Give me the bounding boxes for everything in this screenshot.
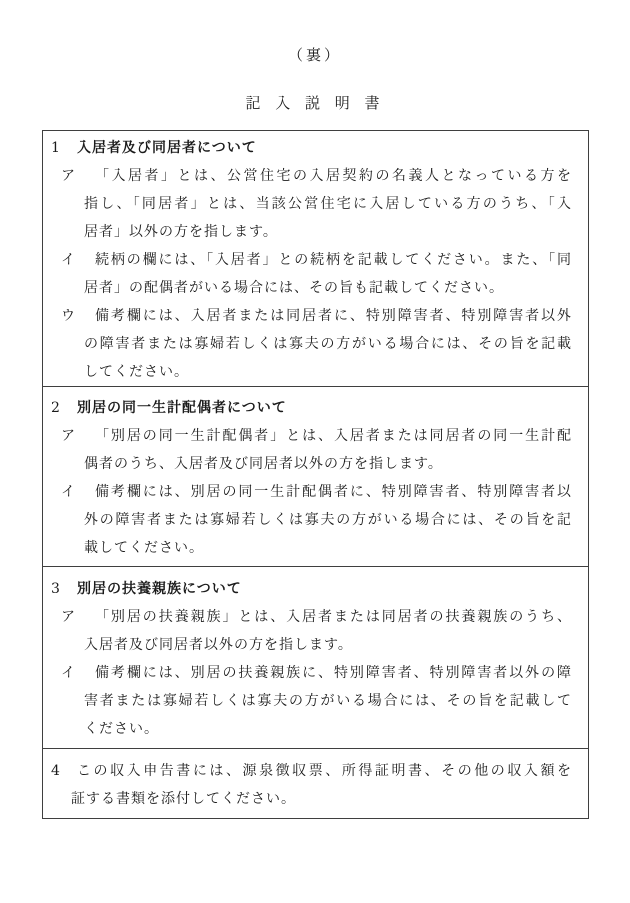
section-4-line-1: 4 この収入申告書には、源泉徴収票、所得証明書、その他の収入額を (43, 757, 588, 785)
line-text: の障害者または寡婦若しくは寡夫の方がいる場合には、その旨を記載 (84, 336, 572, 352)
section-1-heading: 1 入居者及び同居者について (43, 134, 588, 162)
section-4-number: 4 (51, 757, 61, 785)
section-2: 2 別居の同一生計配偶者について ア 「別居の同一生計配偶者」とは、入居者または… (43, 386, 588, 566)
section-2-item-i-line-1: イ 備考欄には、別居の同一生計配偶者に、特別障害者、特別障害者以 (43, 478, 588, 506)
section-4: 4 この収入申告書には、源泉徴収票、所得証明書、その他の収入額を 証する書類を添… (43, 748, 588, 818)
section-3-item-i-line-2: 害者または寡婦若しくは寡夫の方がいる場合には、その旨を記載して (43, 687, 588, 715)
section-2-item-i-line-2: 外の障害者または寡婦若しくは寡夫の方がいる場合には、その旨を記 (43, 506, 588, 534)
line-text: 「入居者」とは、公営住宅の入居契約の名義人となっている方を (95, 168, 572, 184)
item-marker-u: ウ (61, 302, 76, 330)
line-text: 証する書類を添付してください。 (71, 791, 296, 807)
item-marker-a: ア (61, 162, 76, 190)
page-side-label: （裏） (0, 44, 630, 65)
item-marker-a: ア (61, 603, 76, 631)
line-text: 居者」以外の方を指します。 (84, 224, 278, 240)
line-text: 偶者のうち、入居者及び同居者以外の方を指します。 (84, 456, 443, 472)
line-text: してください。 (84, 364, 189, 380)
page-title: 記 入 説 明 書 (0, 92, 630, 113)
section-1-number: 1 (51, 134, 61, 162)
line-text: 入居者及び同居者以外の方を指します。 (84, 637, 353, 653)
section-3-heading: 3 別居の扶養親族について (43, 575, 588, 603)
section-3-heading-text: 別居の扶養親族について (77, 581, 242, 597)
instructions-box: 1 入居者及び同居者について ア 「入居者」とは、公営住宅の入居契約の名義人とな… (42, 130, 589, 819)
line-text: ください。 (84, 721, 159, 737)
section-4-line-2: 証する書類を添付してください。 (43, 785, 588, 813)
section-2-heading: 2 別居の同一生計配偶者について (43, 394, 588, 422)
line-text: 居者」の配偶者がいる場合には、その旨も記載してください。 (84, 280, 504, 296)
item-marker-i: イ (61, 246, 76, 274)
section-3-item-a-line-2: 入居者及び同居者以外の方を指します。 (43, 631, 588, 659)
section-3-item-a-line-1: ア 「別居の扶養親族」とは、入居者または同居者の扶養親族のうち、 (43, 603, 588, 631)
line-text: 害者または寡婦若しくは寡夫の方がいる場合には、その旨を記載して (84, 693, 572, 709)
line-text: 続柄の欄には、「入居者」との続柄を記載してください。また、「同 (95, 252, 572, 268)
section-3: 3 別居の扶養親族について ア 「別居の扶養親族」とは、入居者または同居者の扶養… (43, 566, 588, 748)
section-2-number: 2 (51, 394, 61, 422)
line-text: 備考欄には、入居者または同居者に、特別障害者、特別障害者以外 (95, 308, 572, 324)
line-text: 指し、「同居者」とは、当該公営住宅に入居している方のうち、「入 (84, 196, 572, 212)
section-2-item-a-line-2: 偶者のうち、入居者及び同居者以外の方を指します。 (43, 450, 588, 478)
line-text: この収入申告書には、源泉徴収票、所得証明書、その他の収入額を (77, 763, 572, 779)
section-1-item-a-line-2: 指し、「同居者」とは、当該公営住宅に入居している方のうち、「入 (43, 190, 588, 218)
section-1: 1 入居者及び同居者について ア 「入居者」とは、公営住宅の入居契約の名義人とな… (43, 131, 588, 386)
instruction-sheet: （裏） 記 入 説 明 書 1 入居者及び同居者について ア 「入居者」とは、公… (0, 0, 630, 903)
section-3-number: 3 (51, 575, 61, 603)
section-1-item-a-line-1: ア 「入居者」とは、公営住宅の入居契約の名義人となっている方を (43, 162, 588, 190)
section-1-item-u-line-1: ウ 備考欄には、入居者または同居者に、特別障害者、特別障害者以外 (43, 302, 588, 330)
line-text: 載してください。 (84, 540, 204, 556)
section-1-item-i-line-1: イ 続柄の欄には、「入居者」との続柄を記載してください。また、「同 (43, 246, 588, 274)
line-text: 外の障害者または寡婦若しくは寡夫の方がいる場合には、その旨を記 (84, 512, 572, 528)
line-text: 「別居の扶養親族」とは、入居者または同居者の扶養親族のうち、 (95, 609, 572, 625)
item-marker-a: ア (61, 422, 76, 450)
section-2-item-i-line-3: 載してください。 (43, 534, 588, 562)
section-3-item-i-line-3: ください。 (43, 715, 588, 743)
line-text: 「別居の同一生計配偶者」とは、入居者または同居者の同一生計配 (95, 428, 572, 444)
section-3-item-i-line-1: イ 備考欄には、別居の扶養親族に、特別障害者、特別障害者以外の障 (43, 659, 588, 687)
section-1-item-a-line-3: 居者」以外の方を指します。 (43, 218, 588, 246)
item-marker-i: イ (61, 659, 76, 687)
section-1-item-i-line-2: 居者」の配偶者がいる場合には、その旨も記載してください。 (43, 274, 588, 302)
line-text: 備考欄には、別居の扶養親族に、特別障害者、特別障害者以外の障 (95, 665, 572, 681)
section-1-item-u-line-2: の障害者または寡婦若しくは寡夫の方がいる場合には、その旨を記載 (43, 330, 588, 358)
section-2-heading-text: 別居の同一生計配偶者について (77, 400, 287, 416)
item-marker-i: イ (61, 478, 76, 506)
section-2-item-a-line-1: ア 「別居の同一生計配偶者」とは、入居者または同居者の同一生計配 (43, 422, 588, 450)
section-1-heading-text: 入居者及び同居者について (77, 140, 257, 156)
line-text: 備考欄には、別居の同一生計配偶者に、特別障害者、特別障害者以 (95, 484, 572, 500)
section-1-item-u-line-3: してください。 (43, 358, 588, 386)
